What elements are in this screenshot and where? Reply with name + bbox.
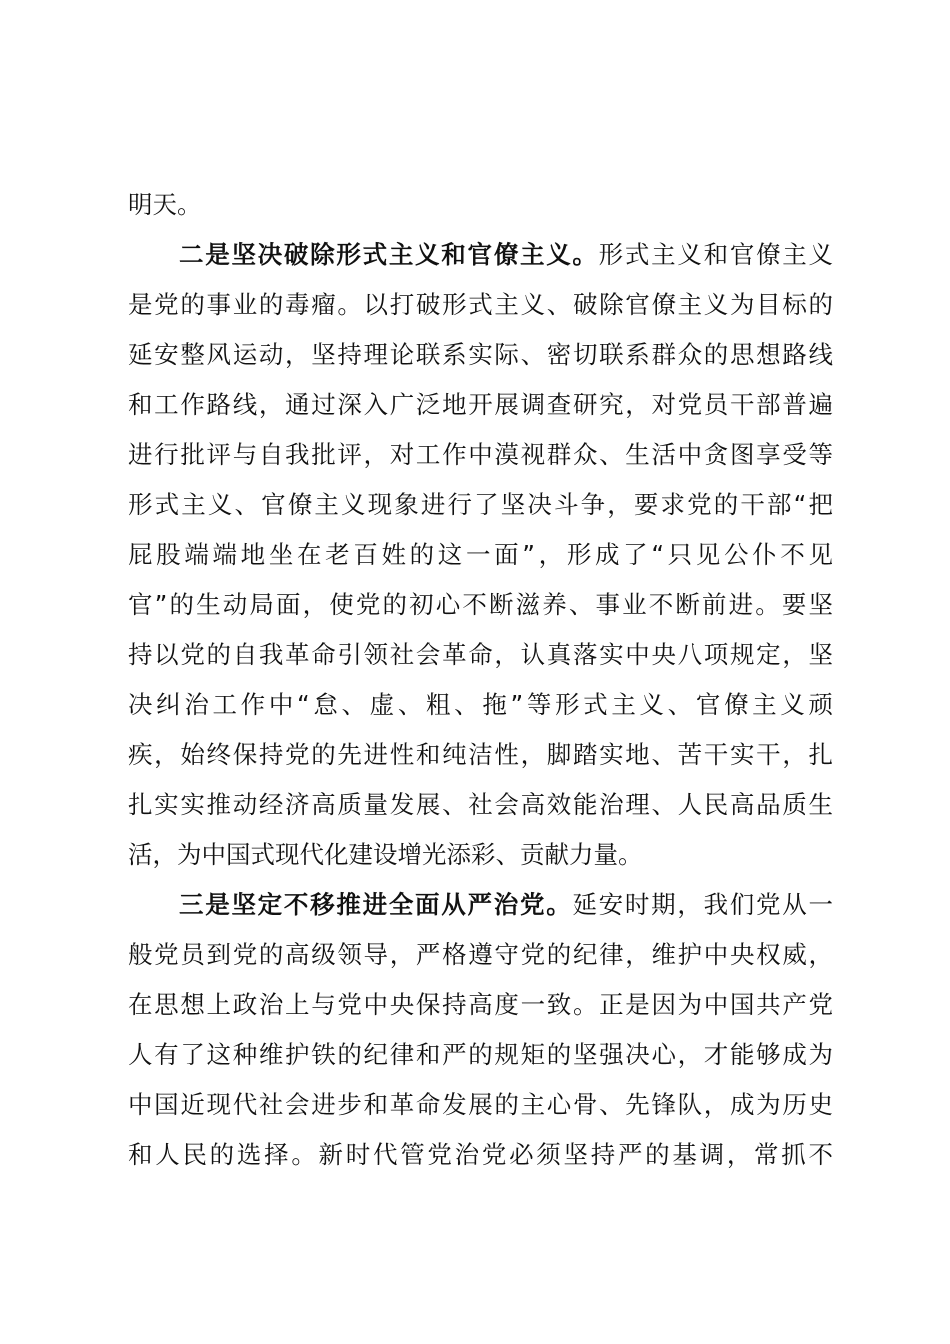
text-line: 活，为中国式现代化建设增光添彩、贡献力量。 xyxy=(128,830,833,880)
text-segment: 疾，始终保持党的先进性和纯洁性，脚踏实地、苦干实干，扎 xyxy=(128,740,833,769)
text-line: 屁股端端地坐在老百姓的这一面”，形成了“只见公仆不见 xyxy=(128,530,833,580)
text-line: 在思想上政治上与党中央保持高度一致。正是因为中国共产党 xyxy=(128,980,833,1030)
text-segment: 人有了这种维护铁的纪律和严的规矩的坚强决心，才能够成为 xyxy=(128,1040,833,1069)
text-segment: 是党的事业的毒瘤。以打破形式主义、破除官僚主义为目标的 xyxy=(128,290,833,319)
text-line: 人有了这种维护铁的纪律和严的规矩的坚强决心，才能够成为 xyxy=(128,1030,833,1080)
text-line: 明天。 xyxy=(128,180,833,230)
text-segment: 延安时期，我们党从一 xyxy=(572,890,833,919)
text-line: 官”的生动局面，使党的初心不断滋养、事业不断前进。要坚 xyxy=(128,580,833,630)
text-line: 三是坚定不移推进全面从严治党。延安时期，我们党从一 xyxy=(179,880,833,930)
text-line: 延安整风运动，坚持理论联系实际、密切联系群众的思想路线 xyxy=(128,330,833,380)
text-line: 般党员到党的高级领导，严格遵守党的纪律，维护中央权威， xyxy=(128,930,833,980)
text-segment: 明天。 xyxy=(128,190,202,219)
text-segment: 中国近现代社会进步和革命发展的主心骨、先锋队，成为历史 xyxy=(128,1090,833,1119)
text-segment: 活，为中国式现代化建设增光添彩、贡献力量。 xyxy=(128,840,643,869)
text-line: 进行批评与自我批评，对工作中漠视群众、生活中贪图享受等 xyxy=(128,430,833,480)
text-segment: 在思想上政治上与党中央保持高度一致。正是因为中国共产党 xyxy=(128,990,833,1019)
text-segment: 形式主义、官僚主义现象进行了坚决斗争，要求党的干部“把 xyxy=(128,490,833,519)
text-segment: 般党员到党的高级领导，严格遵守党的纪律，维护中央权威， xyxy=(128,940,833,969)
text-segment: 扎实实推动经济高质量发展、社会高效能治理、人民高品质生 xyxy=(128,790,833,819)
text-line: 形式主义、官僚主义现象进行了坚决斗争，要求党的干部“把 xyxy=(128,480,833,530)
text-segment: 形式主义和官僚主义 xyxy=(599,240,833,269)
text-line: 持以党的自我革命引领社会革命，认真落实中央八项规定，坚 xyxy=(128,630,833,680)
text-line: 决纠治工作中“怠、虚、粗、拖”等形式主义、官僚主义顽 xyxy=(128,680,833,730)
text-line: 扎实实推动经济高质量发展、社会高效能治理、人民高品质生 xyxy=(128,780,833,830)
paragraph-heading: 三是坚定不移推进全面从严治党。 xyxy=(179,890,572,919)
paragraph-heading: 二是坚决破除形式主义和官僚主义。 xyxy=(179,240,599,269)
text-segment: 和人民的选择。新时代管党治党必须坚持严的基调，常抓不 xyxy=(128,1140,833,1169)
document-page: 明天。 二是坚决破除形式主义和官僚主义。形式主义和官僚主义 是党的事业的毒瘤。以… xyxy=(0,0,950,1344)
text-segment: 持以党的自我革命引领社会革命，认真落实中央八项规定，坚 xyxy=(128,640,833,669)
text-line: 和工作路线，通过深入广泛地开展调查研究，对党员干部普遍 xyxy=(128,380,833,430)
text-line: 和人民的选择。新时代管党治党必须坚持严的基调，常抓不 xyxy=(128,1130,833,1180)
text-line: 中国近现代社会进步和革命发展的主心骨、先锋队，成为历史 xyxy=(128,1080,833,1130)
text-line: 疾，始终保持党的先进性和纯洁性，脚踏实地、苦干实干，扎 xyxy=(128,730,833,780)
text-segment: 屁股端端地坐在老百姓的这一面”，形成了“只见公仆不见 xyxy=(128,540,833,569)
text-segment: 延安整风运动，坚持理论联系实际、密切联系群众的思想路线 xyxy=(128,340,833,369)
text-line: 是党的事业的毒瘤。以打破形式主义、破除官僚主义为目标的 xyxy=(128,280,833,330)
text-segment: 官”的生动局面，使党的初心不断滋养、事业不断前进。要坚 xyxy=(128,590,833,619)
text-segment: 决纠治工作中“怠、虚、粗、拖”等形式主义、官僚主义顽 xyxy=(128,690,833,719)
text-segment: 和工作路线，通过深入广泛地开展调查研究，对党员干部普遍 xyxy=(128,390,833,419)
text-line: 二是坚决破除形式主义和官僚主义。形式主义和官僚主义 xyxy=(179,230,833,280)
text-segment: 进行批评与自我批评，对工作中漠视群众、生活中贪图享受等 xyxy=(128,440,833,469)
